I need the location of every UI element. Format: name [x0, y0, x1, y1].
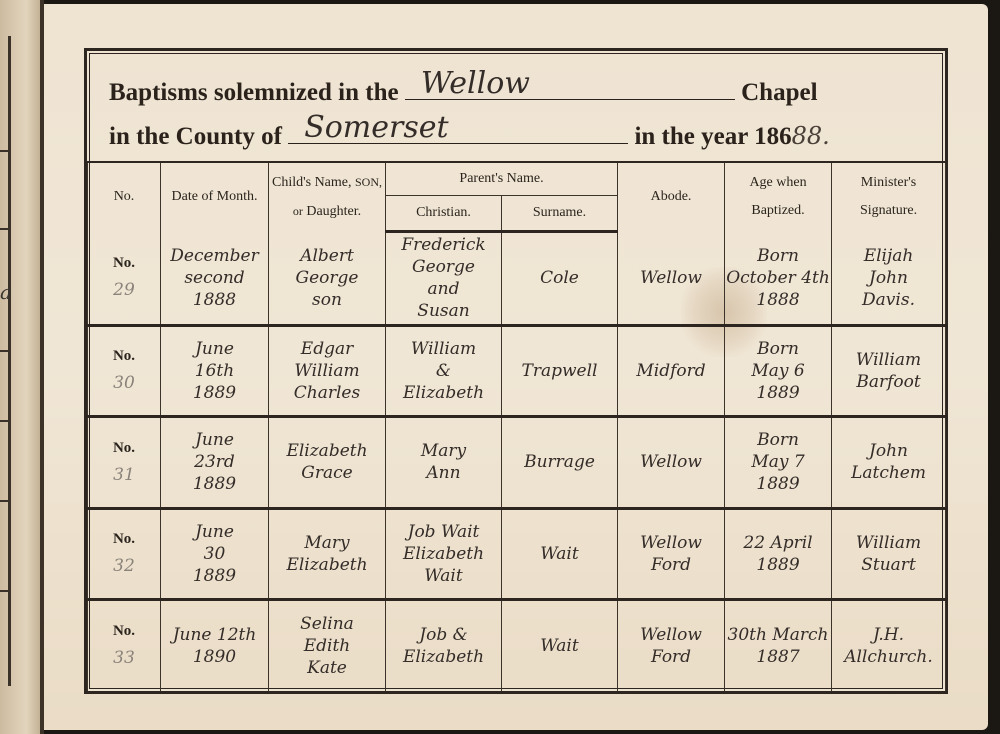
handwritten-text: 1889 — [725, 382, 831, 404]
column-header-surname: Surname. — [502, 196, 618, 232]
child-name-cell: AlbertGeorgeson — [269, 232, 386, 326]
handwritten-text: Grace — [269, 462, 385, 484]
handwritten-text: son — [269, 289, 385, 311]
handwritten-text: Ann — [386, 462, 501, 484]
column-header-parents: Parent's Name. — [386, 162, 618, 196]
entry-no-label: No. — [88, 348, 160, 365]
entry-number: 32 — [88, 556, 160, 576]
parent-christian-cell: Job WaitElizabethWait — [386, 508, 502, 599]
age-cell: BornMay 61889 — [725, 325, 832, 416]
handwritten-text: Elizabeth — [386, 543, 501, 565]
minister-signature-cell: WilliamStuart — [832, 508, 946, 599]
handwritten-text: J.H. Allchurch. — [832, 624, 945, 668]
handwritten-text: Born — [725, 338, 831, 360]
entry-number-cell: No. 33 — [88, 599, 161, 691]
handwritten-text: 1889 — [161, 565, 268, 587]
handwritten-text: June — [161, 521, 268, 543]
heading-prefix: in the County of — [109, 123, 282, 150]
handwritten-text: George — [269, 267, 385, 289]
handwritten-text: Ford — [618, 554, 724, 576]
handwritten-text: 1889 — [725, 473, 831, 495]
heading-suffix: Chapel — [741, 79, 817, 106]
column-header-no: No. — [88, 162, 161, 232]
parent-christian-cell: FrederickGeorgeandSusan — [386, 232, 502, 326]
handwritten-text: William — [386, 338, 501, 360]
baptism-register-table: No. Date of Month. Child's Name, SON, or… — [87, 161, 946, 691]
minister-signature-cell: JohnLatchem — [832, 417, 946, 508]
register-entry-row: No. 29 Decembersecond1888 AlbertGeorgeso… — [88, 232, 946, 326]
parent-surname-cell: Cole — [502, 232, 618, 326]
handwritten-text: 23rd — [161, 451, 268, 473]
abode-cell: Midford — [618, 325, 725, 416]
handwritten-text: Kate — [269, 657, 385, 679]
handwritten-text: Job & — [386, 624, 501, 646]
handwritten-text: June 12th — [161, 624, 268, 646]
handwritten-text: Elijah — [832, 245, 945, 267]
column-header-age: Age when Baptized. — [725, 162, 832, 232]
column-header-minister: Minister's Signature. — [832, 162, 946, 232]
column-header-abode: Abode. — [618, 162, 725, 232]
child-name-cell: MaryElizabeth — [269, 508, 386, 599]
handwritten-text: Elizabeth — [386, 382, 501, 404]
handwritten-text: George — [386, 256, 501, 278]
handwritten-text: Wellow — [618, 267, 724, 289]
handwritten-text: and — [386, 278, 501, 300]
handwritten-text: William — [832, 532, 945, 554]
register-entries: No. 29 Decembersecond1888 AlbertGeorgeso… — [88, 232, 946, 692]
handwritten-text: Born — [725, 245, 831, 267]
heading-year-label: in the year 18 — [634, 123, 779, 150]
handwritten-text: Trapwell — [502, 360, 617, 382]
left-page-rule — [0, 590, 8, 592]
handwritten-text: John — [832, 440, 945, 462]
handwritten-text: December — [161, 245, 268, 267]
left-page-border — [0, 36, 11, 686]
county-name-value: Somerset — [304, 110, 448, 145]
chapel-name-value: Wellow — [421, 66, 530, 101]
left-page-rule — [0, 150, 8, 152]
left-page-rule — [0, 500, 8, 502]
handwritten-text: Mary — [269, 532, 385, 554]
entry-no-label: No. — [88, 440, 160, 457]
handwritten-text: Stuart — [832, 554, 945, 576]
minister-signature-cell: WilliamBarfoot — [832, 325, 946, 416]
handwritten-text: Elizabeth — [269, 554, 385, 576]
left-page-rule — [0, 350, 8, 352]
handwritten-text: second — [161, 267, 268, 289]
abode-cell: Wellow — [618, 232, 725, 326]
handwritten-text: Mary — [386, 440, 501, 462]
handwritten-text: Cole — [502, 267, 617, 289]
handwritten-text: 22 April — [725, 532, 831, 554]
handwritten-text: June — [161, 338, 268, 360]
handwritten-text: Wellow — [618, 451, 724, 473]
entry-no-label: No. — [88, 255, 160, 272]
heading-line-county: in the County of Somerset in the year 18… — [109, 117, 830, 151]
entry-number-cell: No. 32 — [88, 508, 161, 599]
handwritten-text: 30 — [161, 543, 268, 565]
handwritten-text: Born — [725, 429, 831, 451]
handwritten-text: May 7 — [725, 451, 831, 473]
entry-no-label: No. — [88, 623, 160, 640]
chapel-name-field: Wellow — [405, 73, 735, 100]
child-name-cell: EdgarWilliamCharles — [269, 325, 386, 416]
handwritten-text: Wellow — [618, 624, 724, 646]
handwritten-text: October 4th — [725, 267, 831, 289]
handwritten-text: 1889 — [725, 554, 831, 576]
handwritten-text: Elizabeth — [269, 440, 385, 462]
parent-christian-cell: William& Elizabeth — [386, 325, 502, 416]
handwritten-text: Frederick — [386, 234, 501, 256]
date-cell: June23rd1889 — [161, 417, 269, 508]
handwritten-text: Edith — [269, 635, 385, 657]
parent-christian-cell: MaryAnn — [386, 417, 502, 508]
heading-year-value: 88. — [792, 122, 830, 150]
handwritten-text: Barfoot — [832, 371, 945, 393]
handwritten-text: Davis. — [832, 289, 945, 311]
handwritten-text: 16th — [161, 360, 268, 382]
handwritten-text: 1887 — [725, 646, 831, 668]
handwritten-text: 1889 — [161, 382, 268, 404]
parent-surname-cell: Trapwell — [502, 325, 618, 416]
register-page: Baptisms solemnized in the Wellow Chapel… — [44, 4, 988, 730]
entry-number-cell: No. 29 — [88, 232, 161, 326]
handwritten-text: Wait — [502, 635, 617, 657]
age-cell: BornMay 71889 — [725, 417, 832, 508]
handwritten-text: Wait — [386, 565, 501, 587]
abode-cell: WellowFord — [618, 599, 725, 691]
minister-signature-cell: J.H. Allchurch. — [832, 599, 946, 691]
heading-year-printed: 6 — [779, 123, 792, 150]
age-cell: 22 April1889 — [725, 508, 832, 599]
left-page-handwriting-fragment: a — [0, 280, 12, 304]
heading-line-chapel: Baptisms solemnized in the Wellow Chapel — [109, 73, 818, 107]
column-header-christian: Christian. — [386, 196, 502, 232]
entry-number: 33 — [88, 648, 160, 668]
minister-signature-cell: ElijahJohnDavis. — [832, 232, 946, 326]
handwritten-text: Latchem — [832, 462, 945, 484]
handwritten-text: Elizabeth — [386, 646, 501, 668]
parent-surname-cell: Burrage — [502, 417, 618, 508]
handwritten-text: 1888 — [725, 289, 831, 311]
handwritten-text: Susan — [386, 300, 501, 322]
age-cell: 30th March1887 — [725, 599, 832, 691]
handwritten-text: May 6 — [725, 360, 831, 382]
parent-surname-cell: Wait — [502, 599, 618, 691]
handwritten-text: 1888 — [161, 289, 268, 311]
handwritten-text: John — [832, 267, 945, 289]
handwritten-text: Selina — [269, 613, 385, 635]
date-cell: June301889 — [161, 508, 269, 599]
date-cell: Decembersecond1888 — [161, 232, 269, 326]
register-entry-row: No. 33 June 12th1890 SelinaEdithKate Job… — [88, 599, 946, 691]
abode-cell: WellowFord — [618, 508, 725, 599]
register-frame: Baptisms solemnized in the Wellow Chapel… — [84, 48, 948, 694]
left-page-rule — [0, 420, 8, 422]
handwritten-text: Burrage — [502, 451, 617, 473]
handwritten-text: William — [832, 349, 945, 371]
handwritten-text: Midford — [618, 360, 724, 382]
handwritten-text: Charles — [269, 382, 385, 404]
child-name-cell: ElizabethGrace — [269, 417, 386, 508]
entry-number: 30 — [88, 373, 160, 393]
entry-number-cell: No. 30 — [88, 325, 161, 416]
county-name-field: Somerset — [288, 117, 628, 144]
register-entry-row: No. 31 June23rd1889 ElizabethGrace MaryA… — [88, 417, 946, 508]
child-name-cell: SelinaEdithKate — [269, 599, 386, 691]
handwritten-text: Ford — [618, 646, 724, 668]
handwritten-text: William — [269, 360, 385, 382]
entry-number: 29 — [88, 280, 160, 300]
parent-surname-cell: Wait — [502, 508, 618, 599]
handwritten-text: 1890 — [161, 646, 268, 668]
heading-prefix: Baptisms solemnized in the — [109, 79, 399, 106]
register-entry-row: No. 30 June16th1889 EdgarWilliamCharles … — [88, 325, 946, 416]
handwritten-text: & — [386, 360, 501, 382]
handwritten-text: Wellow — [618, 532, 724, 554]
handwritten-text: Albert — [269, 245, 385, 267]
left-page-edge: a — [0, 0, 44, 734]
handwritten-text: June — [161, 429, 268, 451]
left-page-rule — [0, 228, 8, 230]
entry-number-cell: No. 31 — [88, 417, 161, 508]
age-cell: BornOctober 4th1888 — [725, 232, 832, 326]
parent-christian-cell: Job &Elizabeth — [386, 599, 502, 691]
entry-number: 31 — [88, 465, 160, 485]
handwritten-text: 30th March — [725, 624, 831, 646]
register-heading: Baptisms solemnized in the Wellow Chapel… — [87, 51, 945, 161]
entry-no-label: No. — [88, 531, 160, 548]
handwritten-text: 1889 — [161, 473, 268, 495]
column-header-child: Child's Name, SON, or Daughter. — [269, 162, 386, 232]
abode-cell: Wellow — [618, 417, 725, 508]
date-cell: June 12th1890 — [161, 599, 269, 691]
handwritten-text: Edgar — [269, 338, 385, 360]
date-cell: June16th1889 — [161, 325, 269, 416]
register-entry-row: No. 32 June301889 MaryElizabeth Job Wait… — [88, 508, 946, 599]
handwritten-text: Job Wait — [386, 521, 501, 543]
handwritten-text: Wait — [502, 543, 617, 565]
column-header-date: Date of Month. — [161, 162, 269, 232]
